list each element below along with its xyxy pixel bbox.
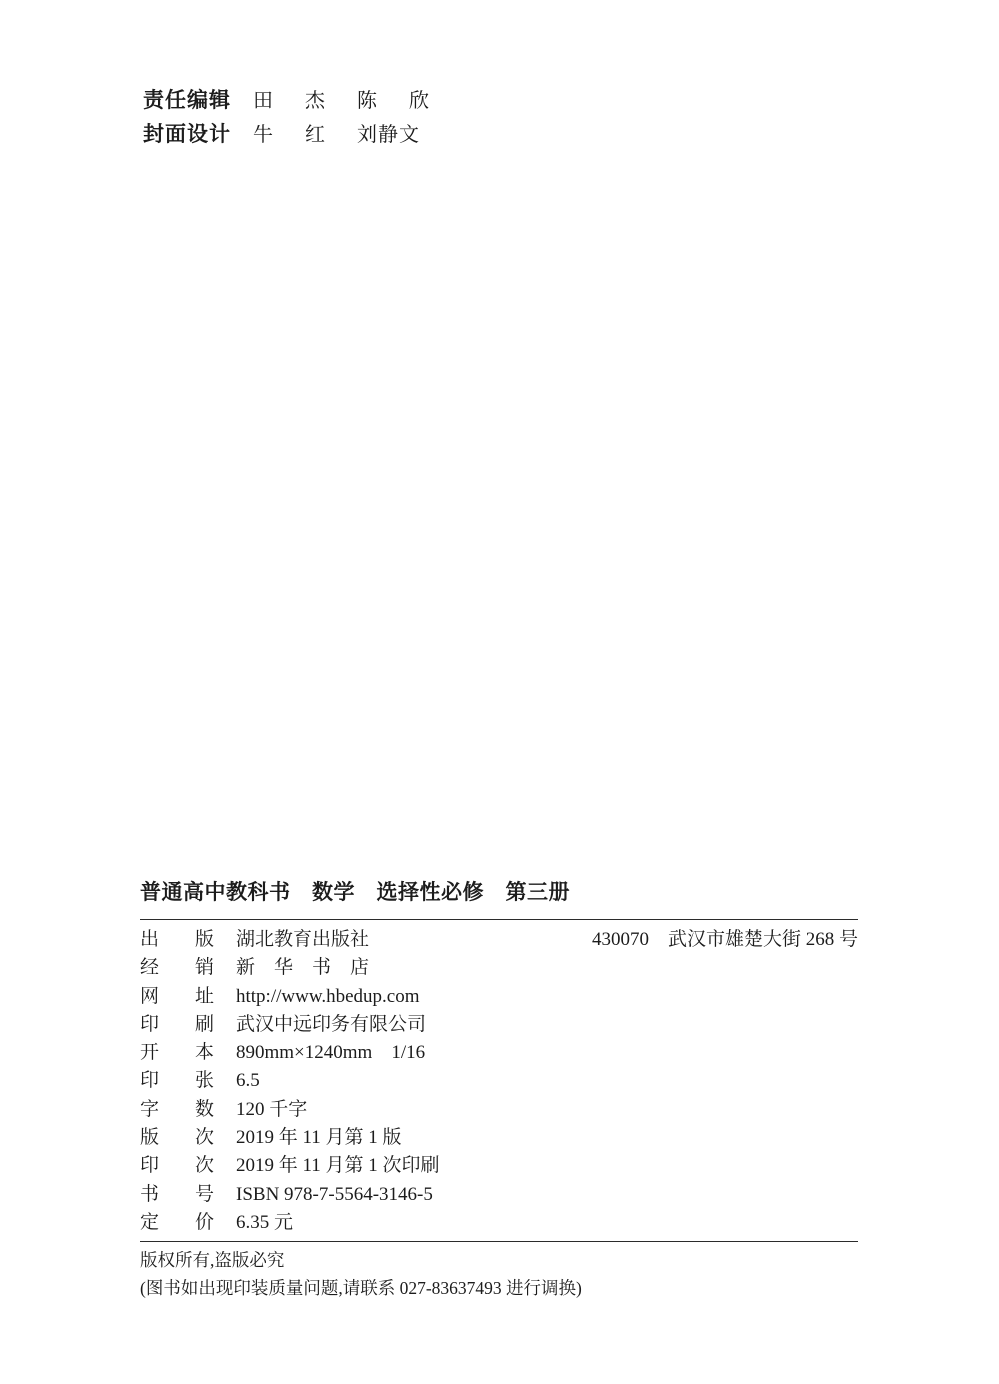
table-row: 出版湖北教育出版社430070 武汉市雄楚大街 268 号 [140,926,858,954]
credit-name: 欣 [409,84,430,118]
row-label-char: 印 [140,1152,159,1180]
row-label-char: 数 [195,1096,214,1124]
colophon-block: 普通高中教科书 数学 选择性必修 第三册 出版湖北教育出版社430070 武汉市… [140,878,858,1302]
row-label: 印张 [140,1067,214,1095]
table-row: 字数120 千字 [140,1096,858,1124]
credit-name: 杰 [305,84,326,118]
credit-name: 陈 [357,84,378,118]
credit-role-label: 封面设计 [143,118,231,152]
credit-line: 责任编辑田杰陈欣 [143,84,430,118]
row-label: 开本 [140,1039,214,1067]
row-label: 字数 [140,1096,214,1124]
row-label-char: 销 [195,954,214,982]
row-label-char: 印 [140,1067,159,1095]
colophon-page: 责任编辑田杰陈欣封面设计牛红刘静文 普通高中教科书 数学 选择性必修 第三册 出… [0,0,999,1384]
row-label-char: 址 [195,983,214,1011]
table-row: 印次2019 年 11 月第 1 次印刷 [140,1152,858,1180]
row-label-char: 刷 [195,1011,214,1039]
exchange-notice: (图书如出现印装质量问题,请联系 027-83637493 进行调换) [140,1274,858,1302]
row-label: 版次 [140,1124,214,1152]
row-label-char: 版 [195,926,214,954]
row-value: 6.5 [236,1067,858,1095]
row-value: 武汉中远印务有限公司 [236,1011,858,1039]
credit-role-label: 责任编辑 [143,84,231,118]
credits-block: 责任编辑田杰陈欣封面设计牛红刘静文 [143,84,430,152]
row-label-char: 次 [195,1124,214,1152]
copyright-notice: 版权所有,盗版必究 [140,1246,858,1274]
row-label-char: 印 [140,1011,159,1039]
row-value: 6.35 元 [236,1209,858,1237]
row-label: 印次 [140,1152,214,1180]
row-label-char: 网 [140,983,159,1011]
row-label: 出版 [140,926,214,954]
row-label: 经销 [140,954,214,982]
row-extra: 430070 武汉市雄楚大街 268 号 [592,926,858,954]
row-value: 2019 年 11 月第 1 次印刷 [236,1152,858,1180]
row-label: 网址 [140,983,214,1011]
row-label-char: 本 [195,1039,214,1067]
credit-name: 红 [305,118,326,152]
row-label-char: 版 [140,1124,159,1152]
row-label-char: 次 [195,1152,214,1180]
row-label-char: 号 [195,1181,214,1209]
divider-bottom [140,1241,858,1242]
row-label: 书号 [140,1181,214,1209]
row-label-char: 书 [140,1181,159,1209]
table-row: 版次2019 年 11 月第 1 版 [140,1124,858,1152]
credit-name: 刘静文 [357,118,420,152]
row-value: 2019 年 11 月第 1 版 [236,1124,858,1152]
credit-names: 牛红刘静文 [253,118,420,152]
publication-info-table: 出版湖北教育出版社430070 武汉市雄楚大街 268 号经销新 华 书 店网址… [140,920,858,1237]
row-label-char: 定 [140,1209,159,1237]
book-title: 普通高中教科书 数学 选择性必修 第三册 [140,878,858,908]
row-value: 120 千字 [236,1096,858,1124]
row-value: http://www.hbedup.com [236,983,858,1011]
row-value: 新 华 书 店 [236,954,858,982]
row-label-char: 开 [140,1039,159,1067]
row-value: 湖北教育出版社 [236,926,592,954]
table-row: 开本890mm×1240mm 1/16 [140,1039,858,1067]
row-value: ISBN 978-7-5564-3146-5 [236,1181,858,1209]
row-label: 定价 [140,1209,214,1237]
credit-names: 田杰陈欣 [253,84,430,118]
row-label: 印刷 [140,1011,214,1039]
credit-name: 牛 [253,118,274,152]
credit-line: 封面设计牛红刘静文 [143,118,430,152]
table-row: 印刷武汉中远印务有限公司 [140,1011,858,1039]
credit-name: 田 [253,84,274,118]
row-label-char: 出 [140,926,159,954]
row-label-char: 字 [140,1096,159,1124]
row-label-char: 经 [140,954,159,982]
row-label-char: 张 [195,1067,214,1095]
table-row: 印张6.5 [140,1067,858,1095]
table-row: 网址http://www.hbedup.com [140,983,858,1011]
table-row: 书号ISBN 978-7-5564-3146-5 [140,1181,858,1209]
row-value: 890mm×1240mm 1/16 [236,1039,858,1067]
table-row: 经销新 华 书 店 [140,954,858,982]
row-label-char: 价 [195,1209,214,1237]
table-row: 定价6.35 元 [140,1209,858,1237]
